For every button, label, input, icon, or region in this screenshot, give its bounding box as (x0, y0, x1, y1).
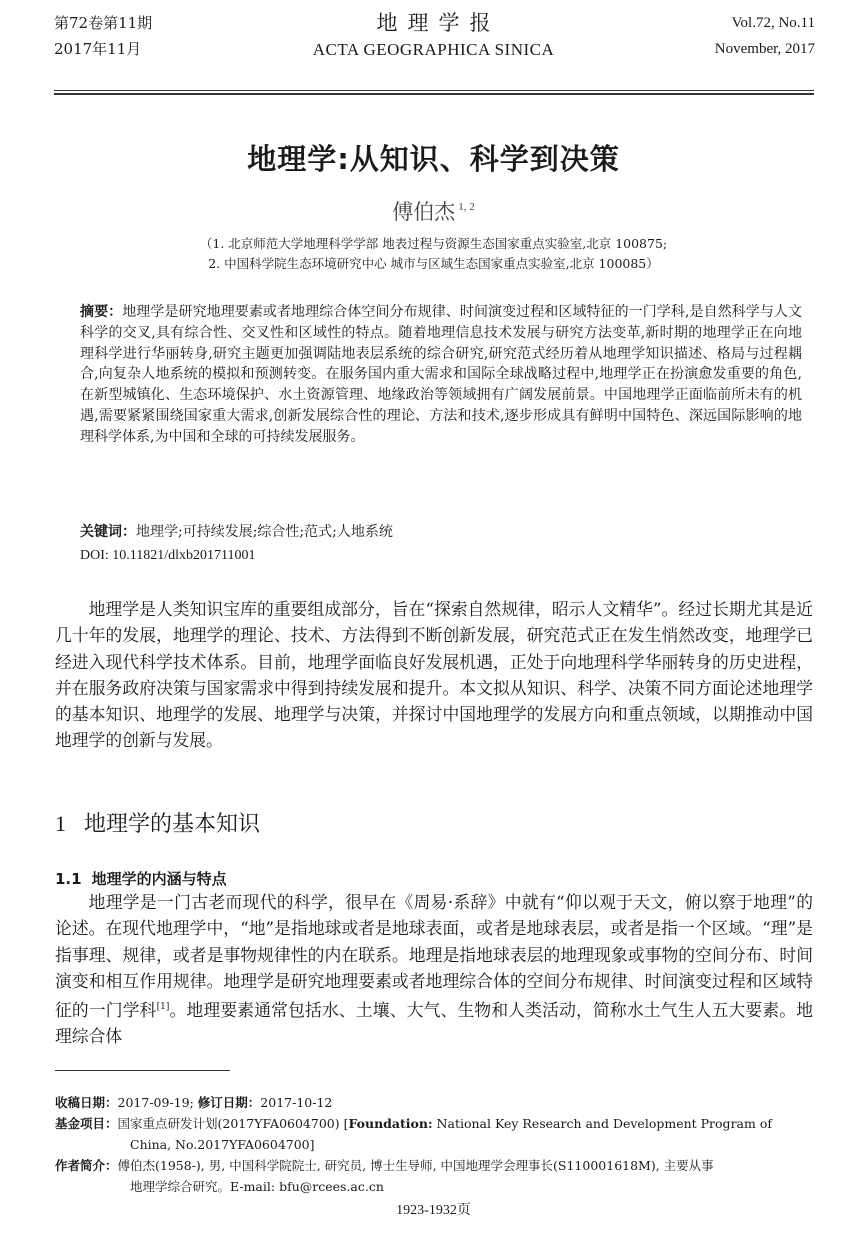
footnote-separator (55, 1070, 230, 1071)
volume-issue-en: Vol.72, No.11 (715, 10, 815, 36)
affiliations: （1. 北京师范大学地理科学学部 地表过程与资源生态国家重点实验室,北京 100… (0, 234, 867, 274)
section-number: 1 (55, 811, 66, 836)
page-range: 1923-1932页 (0, 1199, 867, 1219)
body-paragraph-2: 地理学是一门古老而现代的科学，很早在《周易·系辞》中就有“仰以观于天文，俯以察于… (55, 889, 813, 1050)
author-name: 傅伯杰 (392, 200, 455, 224)
affiliation-2: 2. 中国科学院生态环境研究中心 城市与区域生态国家重点实验室,北京 10008… (0, 254, 867, 274)
keywords-label: 关键词： (80, 524, 136, 540)
article-title: 地理学:从知识、科学到决策 (0, 137, 867, 178)
footnote-author: 作者简介：傅伯杰(1958-), 男, 中国科学院院士, 研究员, 博士生导师,… (55, 1155, 815, 1197)
citation-ref[interactable]: [1] (157, 1002, 170, 1012)
author-bio-label: 作者简介： (55, 1158, 118, 1173)
section-heading-1: 1地理学的基本知识 (55, 808, 260, 841)
keywords-text: 地理学;可持续发展;综合性;范式;人地系统 (136, 524, 393, 540)
journal-issue-en: Vol.72, No.11 November, 2017 (715, 10, 815, 62)
revised-label: 修订日期： (198, 1095, 261, 1110)
date-en: November, 2017 (715, 36, 815, 62)
doi[interactable]: DOI: 10.11821/dlxb201711001 (80, 545, 256, 566)
fund-cn: 国家重点研发计划(2017YFA0604700) [ (118, 1116, 349, 1131)
footnote-dates: 收稿日期：2017-09-19; 修订日期：2017-10-12 (55, 1092, 815, 1113)
subsection-heading-1-1: 1.1地理学的内涵与特点 (55, 868, 227, 890)
received-date: 2017-09-19; (118, 1095, 198, 1110)
intro-paragraph: 地理学是人类知识宝库的重要组成部分，旨在“探索自然规律，昭示人文精华”。经过长期… (55, 596, 813, 754)
revised-date: 2017-10-12 (260, 1095, 332, 1110)
received-label: 收稿日期： (55, 1095, 118, 1110)
affiliation-1: （1. 北京师范大学地理科学学部 地表过程与资源生态国家重点实验室,北京 100… (0, 234, 867, 254)
paragraph-text-cont: 。地理要素通常包括水、土壤、大气、生物和人类活动，简称水土气生人五大要素。地理综… (55, 1000, 813, 1046)
fund-en: National Key Research and Development Pr… (433, 1116, 772, 1131)
author-bio-cont: 地理学综合研究。E-mail: bfu@rcees.ac.cn (55, 1176, 815, 1197)
header-rule-thin (54, 90, 814, 91)
header-rule-thick (54, 93, 814, 95)
subsection-number: 1.1 (55, 870, 82, 888)
fund-en-label: Foundation: (348, 1116, 432, 1131)
abstract-label: 摘要： (80, 304, 122, 320)
abstract: 摘要：地理学是研究地理要素或者地理综合体空间分布规律、时间演变过程和区域特征的一… (80, 302, 802, 448)
section-title: 地理学的基本知识 (84, 812, 260, 837)
abstract-text: 地理学是研究地理要素或者地理综合体空间分布规律、时间演变过程和区域特征的一门学科… (80, 304, 802, 445)
fund-en-cont: China, No.2017YFA0604700] (55, 1134, 815, 1155)
keywords: 关键词：地理学;可持续发展;综合性;范式;人地系统 (80, 522, 393, 543)
subsection-title: 地理学的内涵与特点 (92, 870, 227, 888)
author-affiliation-marks: 1, 2 (458, 201, 475, 213)
author-bio: 傅伯杰(1958-), 男, 中国科学院院士, 研究员, 博士生导师, 中国地理… (118, 1158, 714, 1173)
footnote-fund: 基金项目：国家重点研发计划(2017YFA0604700) [Foundatio… (55, 1113, 815, 1155)
fund-label: 基金项目： (55, 1116, 118, 1131)
author-line: 傅伯杰1, 2 (0, 196, 867, 226)
